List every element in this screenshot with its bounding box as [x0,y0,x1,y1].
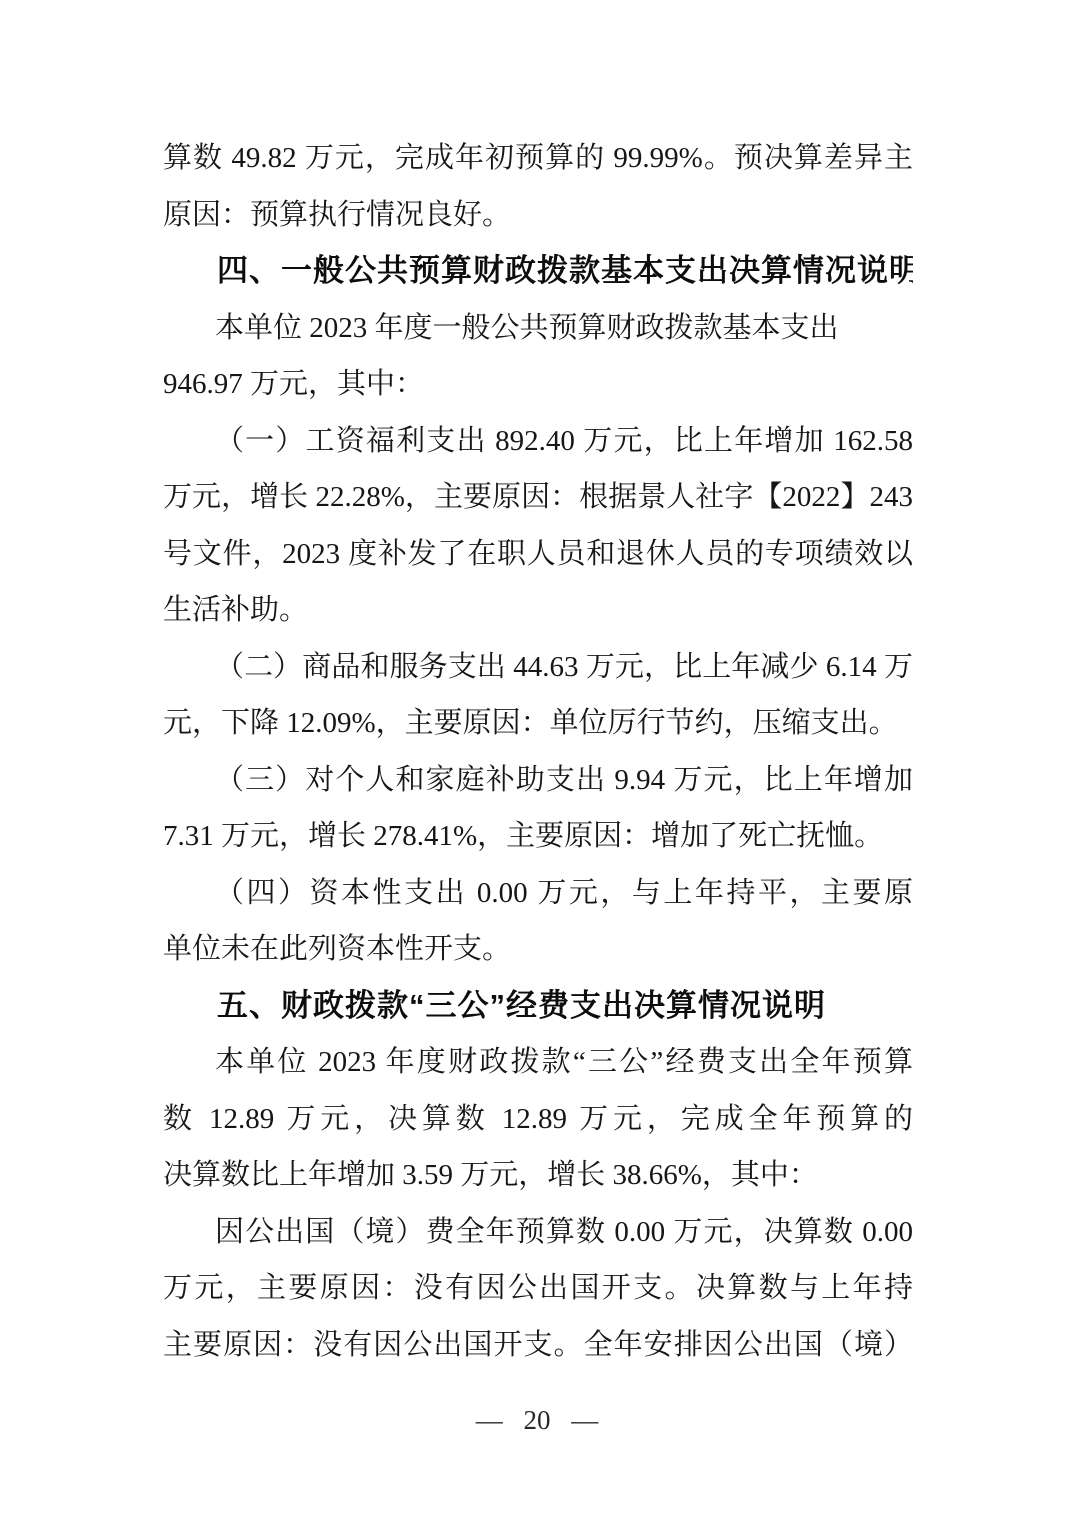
text-line: 单位未在此列资本性开支。 [163,921,913,978]
text-line: 数 12.89 万元，决算数 12.89 万元，完成全年预算的 100.00%； [163,1091,913,1148]
text-line: （三）对个人和家庭补助支出 9.94 万元，比上年增加 [163,752,913,809]
document-page: 算数 49.82 万元，完成年初预算的 99.99%。预决算差异主要 原因：预算… [0,0,1074,1520]
text-line: 号文件，2023 度补发了在职人员和退休人员的专项绩效以及 [163,526,913,583]
text-line: 因公出国（境）费全年预算数 0.00 万元，决算数 0.00 [163,1204,913,1261]
text-line: 生活补助。 [163,582,913,639]
page-number: — 20 — [0,1400,1074,1440]
text-line: 原因：预算执行情况良好。 [163,187,913,244]
text-line: 算数 49.82 万元，完成年初预算的 99.99%。预决算差异主要 [163,130,913,187]
text-line: 万元，主要原因：没有因公出国开支。决算数与上年持平， [163,1260,913,1317]
text-line: 元，下降 12.09%，主要原因：单位厉行节约，压缩支出。 [163,695,913,752]
heading-section-4: 四、一般公共预算财政拨款基本支出决算情况说明 [163,243,913,300]
text-line: 946.97 万元，其中： [163,356,913,413]
text-line: 本单位 2023 年度一般公共预算财政拨款基本支出 [163,300,913,357]
document-body: 算数 49.82 万元，完成年初预算的 99.99%。预决算差异主要 原因：预算… [163,130,913,1373]
text-line: 7.31 万元，增长 278.41%，主要原因：增加了死亡抚恤。 [163,808,913,865]
text-line: 主要原因：没有因公出国开支。全年安排因公出国（境）团 [163,1317,913,1374]
text-line: 万元，增长 22.28%，主要原因：根据景人社字【2022】243 [163,469,913,526]
text-line: （四）资本性支出 0.00 万元，与上年持平，主要原因： [163,865,913,922]
text-line: （一）工资福利支出 892.40 万元，比上年增加 162.58 [163,413,913,470]
text-line: 本单位 2023 年度财政拨款“三公”经费支出全年预算 [163,1034,913,1091]
text-line: （二）商品和服务支出 44.63 万元，比上年减少 6.14 万 [163,639,913,696]
text-line: 决算数比上年增加 3.59 万元，增长 38.66%，其中： [163,1147,913,1204]
heading-section-5: 五、财政拨款“三公”经费支出决算情况说明 [163,978,913,1035]
